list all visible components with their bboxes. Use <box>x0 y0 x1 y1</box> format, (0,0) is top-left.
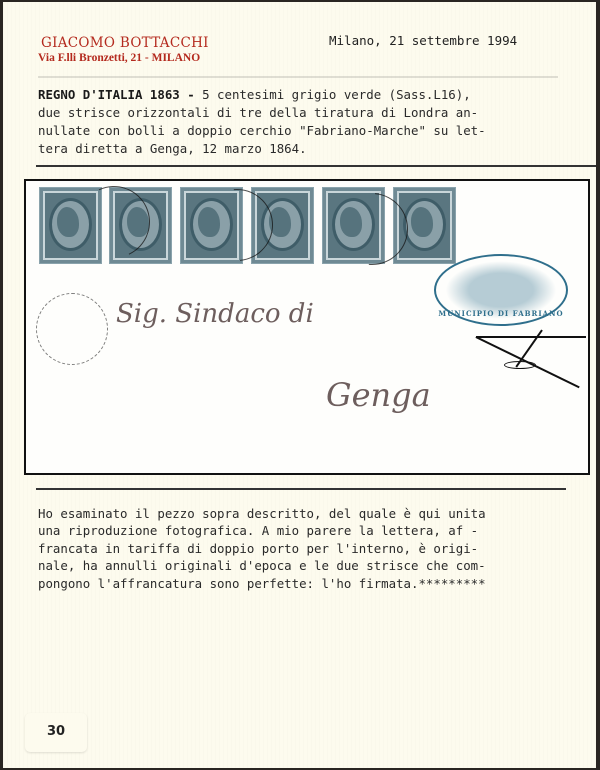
seal-text: MUNICIPIO DI FABRIANO <box>436 309 566 318</box>
postmark <box>36 293 108 365</box>
address-line-2: Genga <box>326 376 431 414</box>
signature-stroke <box>504 361 536 369</box>
cover-divider <box>36 488 566 490</box>
expert-address: Via F.lli Bronzetti, 21 - MILANO <box>38 52 200 64</box>
lot-description: REGNO D'ITALIA 1863 - 5 centesimi grigio… <box>38 86 598 158</box>
page-edge <box>596 0 600 770</box>
page-number: 30 <box>25 724 87 739</box>
description-divider <box>36 165 596 167</box>
description-line: nullate con bolli a doppio cerchio "Fabr… <box>38 123 486 138</box>
header-divider <box>38 76 558 78</box>
signature-stroke <box>476 336 586 338</box>
description-line: tera diretta a Genga, 12 marzo 1864. <box>38 141 307 156</box>
municipal-seal: MUNICIPIO DI FABRIANO <box>434 254 568 326</box>
certification-text: Ho esaminato il pezzo sopra descritto, d… <box>38 505 598 592</box>
description-line: 5 centesimi grigio verde (Sass.L16), <box>195 87 471 102</box>
certificate-line: pongono l'affrancatura sono perfette: l'… <box>38 576 486 591</box>
certificate-line: una riproduzione fotografica. A mio pare… <box>38 523 478 538</box>
certificate-page: GIACOMO BOTTACCHI Via F.lli Bronzetti, 2… <box>3 2 600 768</box>
certificate-line: francata in tariffa di doppio porto per … <box>38 541 478 556</box>
place-date: Milano, 21 settembre 1994 <box>329 33 517 48</box>
description-line: due strisce orizzontali di tre della tir… <box>38 105 478 120</box>
certificate-line: nale, ha annulli originali d'epoca e le … <box>38 558 486 573</box>
expert-name: GIACOMO BOTTACCHI <box>41 35 209 51</box>
certificate-line: Ho esaminato il pezzo sopra descritto, d… <box>38 506 486 521</box>
page-number-box: 30 <box>25 713 87 752</box>
cover-photograph: MUNICIPIO DI FABRIANO Sig. Sindaco di Ge… <box>24 179 590 475</box>
address-line-1: Sig. Sindaco di <box>116 299 314 329</box>
description-lead: REGNO D'ITALIA 1863 - <box>38 87 195 102</box>
